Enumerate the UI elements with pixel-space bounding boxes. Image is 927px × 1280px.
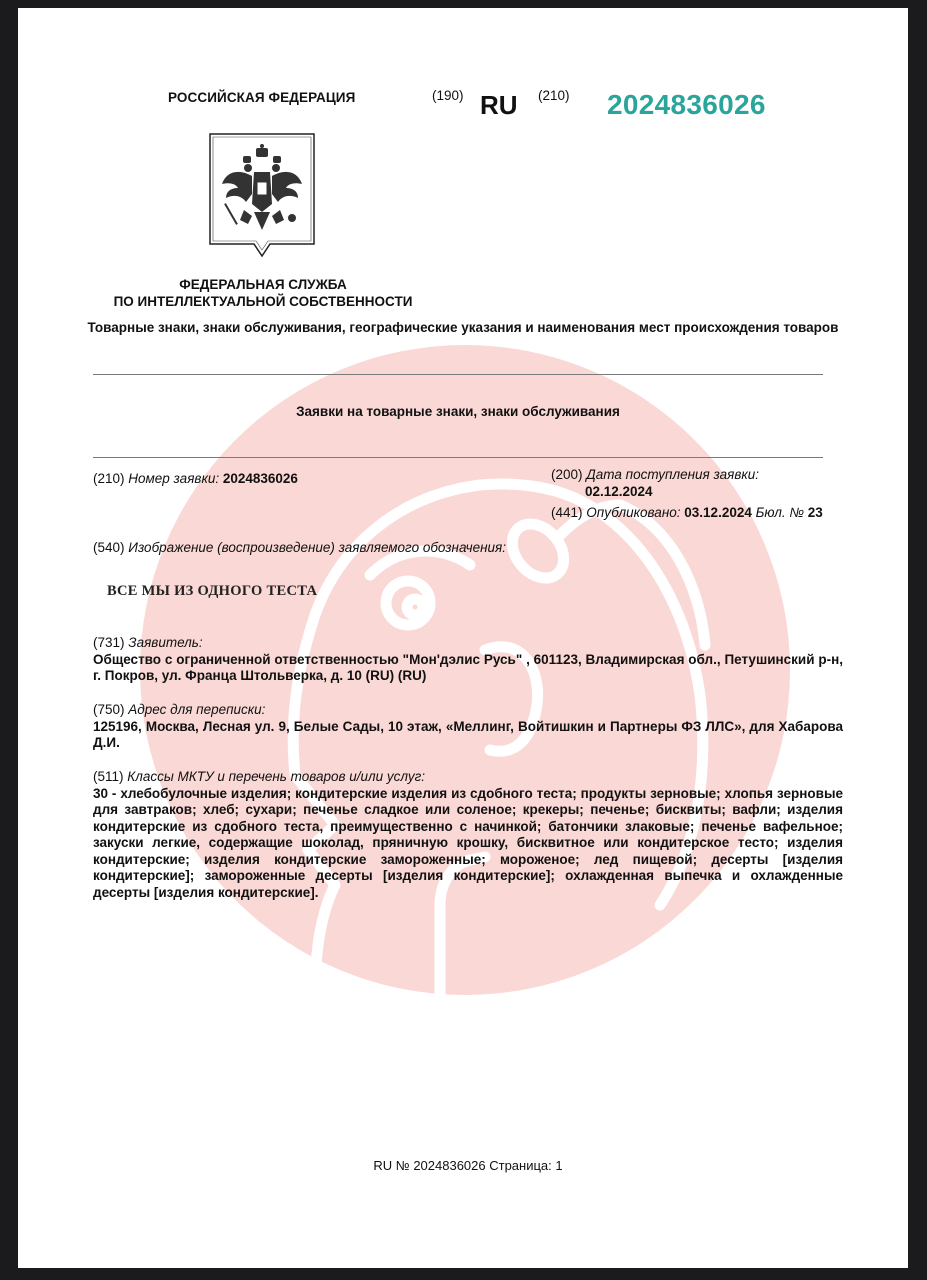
application-number-value: 2024836026 [223, 471, 298, 486]
bulletin-number: 23 [808, 505, 823, 520]
inid-code: (210) [93, 471, 125, 486]
field-label: Классы МКТУ и перечень товаров и/или усл… [127, 769, 425, 784]
application-number-field: (210) Номер заявки: 2024836026 [93, 471, 298, 486]
field-label: Заявитель: [128, 635, 202, 650]
applicant-value: Общество с ограниченной ответственностью… [93, 652, 843, 685]
goods-services-list: 30 - хлебобулочные изделия; кондитерские… [93, 786, 843, 902]
inid-code-210: (210) [538, 88, 570, 103]
filing-date-field: (200) Дата поступления заявки: [551, 467, 759, 482]
inid-code: (750) [93, 702, 125, 717]
applicant-field: (731) Заявитель: Общество с ограниченной… [93, 635, 843, 685]
divider-top [93, 374, 823, 375]
publication-category: Товарные знаки, знаки обслуживания, геог… [18, 320, 908, 335]
inid-code: (540) [93, 540, 125, 555]
inid-code: (731) [93, 635, 125, 650]
country-code: RU [480, 92, 518, 118]
mark-image-field: (540) Изображение (воспроизведение) заяв… [93, 540, 506, 555]
filing-date-value: 02.12.2024 [585, 484, 653, 499]
bulletin-label: Бюл. № [756, 505, 804, 520]
field-label: Дата поступления заявки: [586, 467, 759, 482]
correspondence-address-field: (750) Адрес для переписки: 125196, Москв… [93, 702, 843, 752]
document-number: 2024836026 [607, 89, 766, 121]
published-field: (441) Опубликовано: 03.12.2024 Бюл. № 23 [551, 505, 823, 520]
nice-classes-field: (511) Классы МКТУ и перечень товаров и/и… [93, 769, 843, 901]
inid-code: (441) [551, 505, 583, 520]
inid-code-190: (190) [432, 88, 464, 103]
document-page: РОССИЙСКАЯ ФЕДЕРАЦИЯ (190) RU (210) 2024… [18, 8, 908, 1268]
field-label: Номер заявки: [128, 471, 219, 486]
correspondence-address-value: 125196, Москва, Лесная ул. 9, Белые Сады… [93, 719, 843, 752]
page-footer: RU № 2024836026 Страница: 1 [18, 1158, 908, 1173]
section-title: Заявки на товарные знаки, знаки обслужив… [18, 404, 898, 419]
field-label: Изображение (воспроизведение) заявляемог… [128, 540, 506, 555]
russian-coat-of-arms-icon [208, 132, 316, 260]
inid-code: (511) [93, 769, 124, 784]
agency-line-2: ПО ИНТЕЛЛЕКТУАЛЬНОЙ СОБСТВЕННОСТИ [88, 293, 438, 310]
agency-name: ФЕДЕРАЛЬНАЯ СЛУЖБА ПО ИНТЕЛЛЕКТУАЛЬНОЙ С… [88, 276, 438, 310]
divider-bottom [93, 457, 823, 458]
agency-line-1: ФЕДЕРАЛЬНАЯ СЛУЖБА [88, 276, 438, 293]
country-name: РОССИЙСКАЯ ФЕДЕРАЦИЯ [168, 90, 355, 105]
inid-code: (200) [551, 467, 583, 482]
field-label: Опубликовано: [586, 505, 680, 520]
field-label: Адрес для переписки: [128, 702, 265, 717]
published-date-value: 03.12.2024 [684, 505, 752, 520]
trademark-word-mark: ВСЕ МЫ ИЗ ОДНОГО ТЕСТА [107, 583, 317, 600]
